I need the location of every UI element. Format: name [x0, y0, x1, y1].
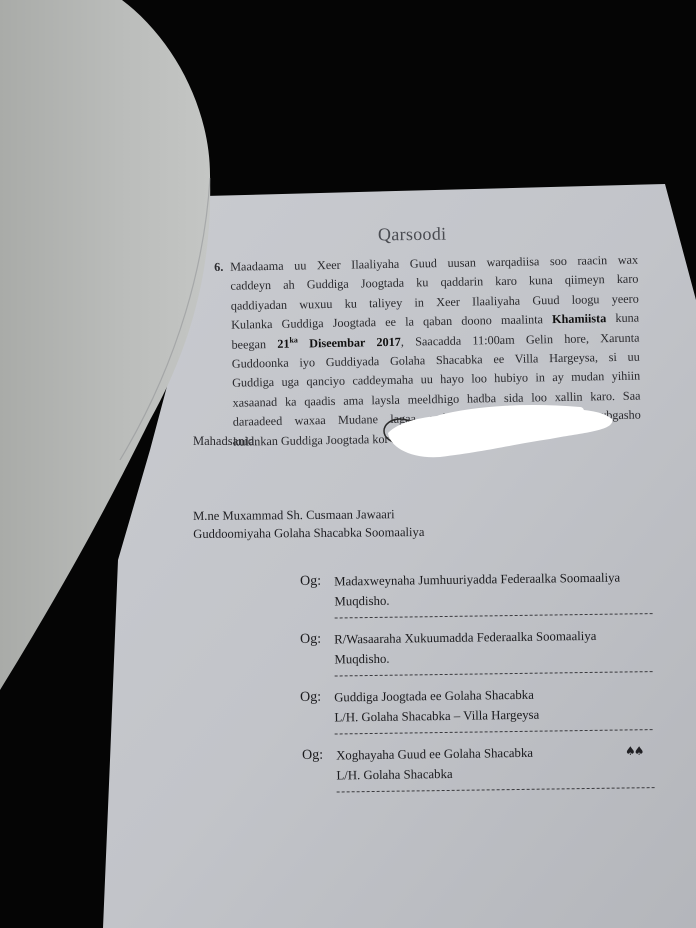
closing-text: Mahadsanid. — [193, 434, 257, 449]
letter-page: Qarsoodi 6. Maadaama uu Xeer Ilaaliyaha … — [0, 0, 696, 928]
cc-recipient: Madaxweynaha Jumhuuriyadda Federaalka So… — [334, 568, 620, 592]
cc-location: L/H. Golaha Shacabka – Villa Hargeysa — [334, 705, 539, 728]
dashed-rule — [337, 787, 655, 792]
cc-label: Og: — [300, 688, 321, 708]
dashed-rule — [335, 729, 653, 734]
cc-recipient: R/Wasaaraha Xukuumadda Federaalka Soomaa… — [334, 626, 597, 650]
cc-location: L/H. Golaha Shacabka — [336, 763, 533, 786]
cc-label: Og: — [300, 630, 321, 650]
signatory-block: M.ne Muxammad Sh. Cusmaan Jawaari Guddoo… — [193, 505, 424, 543]
cc-location: Muqdisho. — [334, 588, 620, 612]
signatory-title: Guddoomiyaha Golaha Shacabka Soomaaliya — [193, 523, 424, 543]
paragraph-number: 6. — [214, 258, 223, 278]
cc-entry: Og: R/Wasaaraha Xukuumadda Federaalka So… — [300, 625, 640, 630]
cc-label: Og: — [302, 746, 323, 766]
photo-scene: Qarsoodi 6. Maadaama uu Xeer Ilaaliyaha … — [0, 0, 696, 928]
dashed-rule — [335, 613, 653, 618]
cc-label: Og: — [300, 572, 321, 592]
meeting-day: Khamiista — [552, 311, 606, 326]
cc-entry: Og: Xoghayaha Guud ee Golaha Shacabka L/… — [302, 741, 642, 746]
classification-header: Qarsoodi — [378, 224, 447, 246]
cc-location: Muqdisho. — [334, 646, 597, 670]
initials-mark: ♠♠ — [625, 744, 643, 758]
dashed-rule — [335, 671, 653, 676]
meeting-date: 21ka Diseembar 2017 — [277, 334, 401, 350]
signatory-name: M.ne Muxammad Sh. Cusmaan Jawaari — [193, 505, 424, 525]
signature-redaction — [380, 403, 620, 463]
cc-recipient: Xoghayaha Guud ee Golaha Shacabka — [336, 743, 533, 766]
cc-entry: Og: Guddiga Joogtada ee Golaha Shacabka … — [300, 683, 640, 688]
cc-entry: Og: Madaxweynaha Jumhuuriyadda Federaalk… — [300, 567, 640, 572]
